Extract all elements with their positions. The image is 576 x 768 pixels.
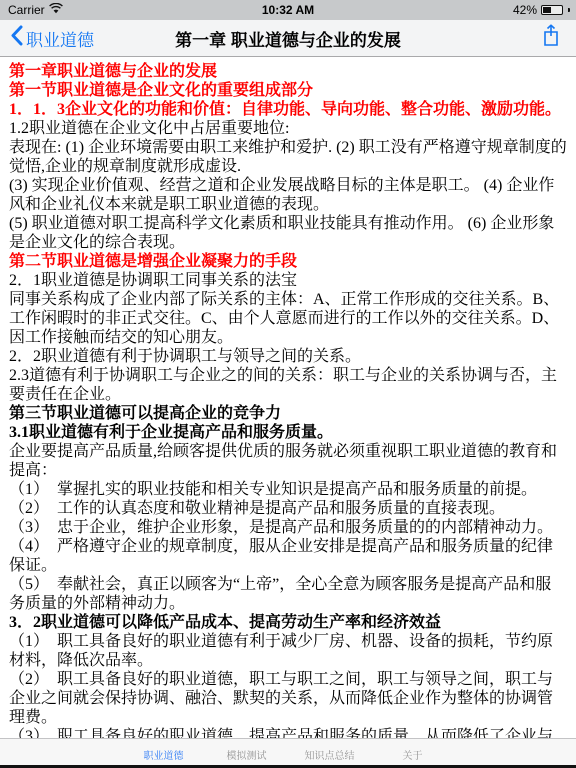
app-screen: Carrier 10:32 AM 42% (0, 0, 576, 768)
paragraph: (3) 实现企业价值观、经营之道和企业发展战略目标的主体是职工。 (4) 企业作… (9, 176, 567, 214)
navigation-bar: 职业道德 第一章 职业道德与企业的发展 (0, 20, 576, 57)
wifi-icon (49, 3, 63, 17)
back-button[interactable]: 职业道德 (0, 20, 150, 56)
status-bar: Carrier 10:32 AM 42% (0, 0, 576, 20)
battery-cap (568, 8, 570, 12)
paragraph: 第一章职业道德与企业的发展 (9, 62, 567, 81)
paragraph: 3．2职业道德可以降低产品成本、提高劳动生产率和经济效益 (9, 613, 567, 632)
paragraph: 第一节职业道德是企业文化的重要组成部分 (9, 81, 567, 100)
chapter-text: 第一章职业道德与企业的发展第一节职业道德是企业文化的重要组成部分1．1．3企业文… (9, 62, 567, 765)
share-icon (542, 24, 560, 52)
battery-icon (541, 5, 563, 15)
paragraph: 2．1职业道德是协调职工同事关系的法宝 (9, 271, 567, 290)
tab-bar: 职业道德 模拟测试 知识点总结 关于 (0, 738, 576, 768)
chevron-left-icon (10, 25, 23, 51)
back-button-label: 职业道德 (26, 26, 94, 51)
paragraph: 1.2职业道德在企业文化中占居重要地位: (9, 119, 567, 138)
status-left: Carrier (0, 3, 140, 17)
paragraph: （2） 职工具备良好的职业道德，职工与职工之间，职工与领导之间，职工与企业之间就… (9, 670, 567, 727)
paragraph: 1．1．3企业文化的功能和价值：自律功能、导向功能、整合功能、激励功能。 (9, 100, 567, 119)
paragraph: （2） 工作的认真态度和敬业精神是提高产品和服务质量的直接表现。 (9, 499, 567, 518)
paragraph: 第三节职业道德可以提高企业的竞争力 (9, 404, 567, 423)
share-button[interactable] (526, 20, 576, 56)
paragraph: 2.3道德有利于协调职工与企业之的间的关系：职工与企业的关系协调与否，主要责任在… (9, 366, 567, 404)
paragraph: （3） 忠于企业，维护企业形象，是提高产品和服务质量的的内部精神动力。 (9, 518, 567, 537)
paragraph: （1） 职工具备良好的职业道德有利于减少厂房、机器、设备的损耗，节约原材料，降低… (9, 632, 567, 670)
paragraph: （1） 掌握扎实的职业技能和相关专业知识是提高产品和服务质量的前提。 (9, 480, 567, 499)
paragraph: 2．2职业道德有利于协调职工与领导之间的关系。 (9, 347, 567, 366)
paragraph: (5) 职业道德对职工提高科学文化素质和职业技能具有推动作用。 (6) 企业形象… (9, 214, 567, 252)
clock: 10:32 AM (140, 3, 436, 17)
paragraph: 同事关系构成了企业内部了际关系的主体：A、正常工作形成的交往关系。B、工作闲暇时… (9, 290, 567, 347)
paragraph: （5） 奉献社会，真正以顾客为“上帝”，全心全意为顾客服务是提高产品和服务质量的… (9, 575, 567, 613)
carrier-label: Carrier (8, 3, 45, 17)
chapter-content-scroll[interactable]: 第一章职业道德与企业的发展第一节职业道德是企业文化的重要组成部分1．1．3企业文… (0, 58, 576, 768)
paragraph: 3.1职业道德有利于企业提高产品和服务质量。 (9, 423, 567, 442)
paragraph: 第二节职业道德是增强企业凝聚力的手段 (9, 252, 567, 271)
status-right: 42% (436, 3, 576, 17)
paragraph: 表现在: (1) 企业环境需要由职工来维护和爱护. (2) 职工没有严格遵守规章… (9, 138, 567, 176)
battery-percent: 42% (513, 3, 537, 17)
battery-fill (543, 7, 551, 13)
paragraph: 企业要提高产品质量,给顾客提供优质的服务就必须重视职工职业道德的教育和提高： (9, 442, 567, 480)
paragraph: （4） 严格遵守企业的规章制度，服从企业安排是提高产品和服务质量的纪律保证。 (9, 537, 567, 575)
page-title: 第一章 职业道德与企业的发展 (175, 26, 401, 51)
